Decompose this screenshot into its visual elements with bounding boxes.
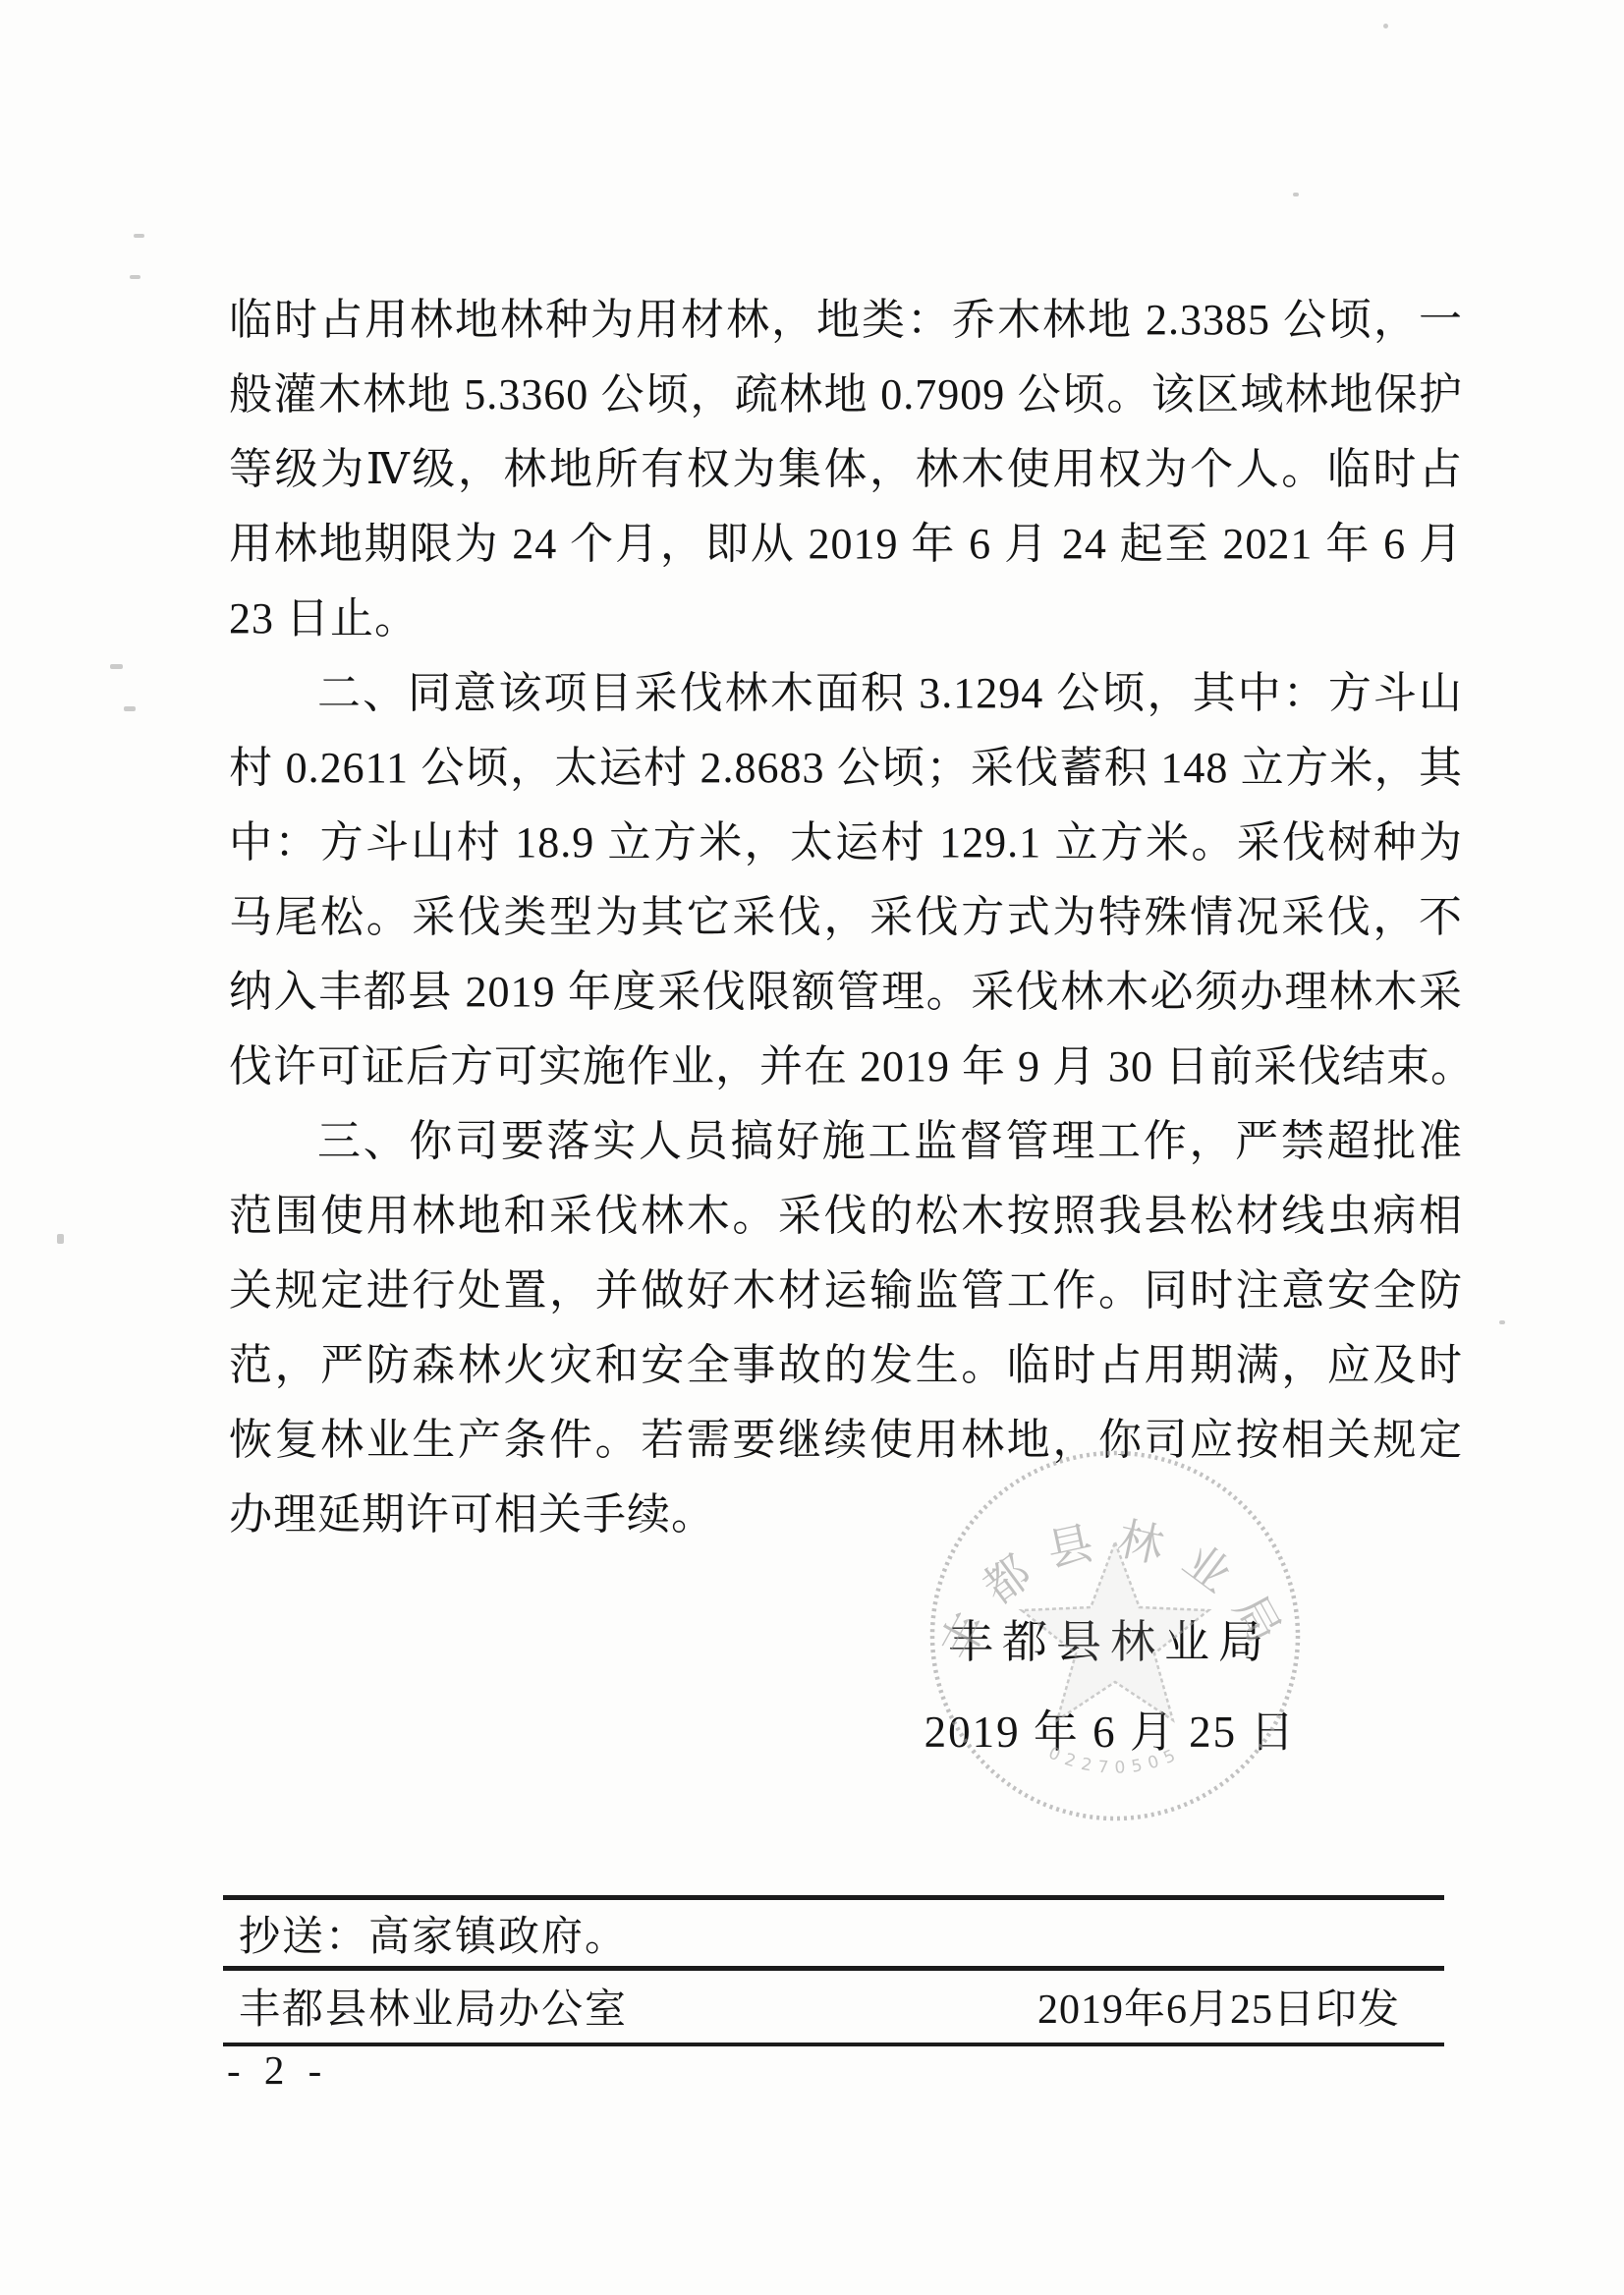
- text-line: 二、同意该项目采伐林木面积 3.1294 公顷，其中：方斗山: [229, 656, 1463, 731]
- text-line: 范，严防森林火灾和安全事故的发生。临时占用期满，应及时: [229, 1328, 1463, 1403]
- noise-speck: [1293, 193, 1299, 196]
- text-line: 伐许可证后方可实施作业，并在 2019 年 9 月 30 日前采伐结束。: [229, 1030, 1463, 1104]
- text-line: 村 0.2611 公顷，太运村 2.8683 公顷；采伐蓄积 148 立方米，其: [229, 731, 1463, 806]
- page-number: - 2 -: [227, 2047, 328, 2093]
- scanned-document-page: 临时占用林地林种为用材林，地类：乔木林地 2.3385 公顷，一 般灌木林地 5…: [0, 0, 1624, 2295]
- noise-speck: [124, 706, 136, 711]
- text-line: 般灌木林地 5.3360 公顷，疏林地 0.7909 公顷。该区域林地保护: [229, 358, 1463, 432]
- signature-date: 2019 年 6 月 25 日: [865, 1703, 1356, 1762]
- footer-rule-middle: [223, 1966, 1444, 1971]
- text-line: 三、你司要落实人员搞好施工监督管理工作，严禁超批准: [229, 1104, 1463, 1179]
- noise-speck: [130, 275, 140, 279]
- noise-speck: [110, 664, 123, 669]
- text-line: 办理延期许可相关手续。: [229, 1478, 1463, 1552]
- footer-rule-top: [223, 1895, 1444, 1900]
- noise-speck: [134, 234, 144, 238]
- text-line: 等级为Ⅳ级，林地所有权为集体，林木使用权为个人。临时占: [229, 432, 1463, 507]
- cc-line: 抄送：高家镇政府。: [239, 1910, 628, 1965]
- text-line: 中：方斗山村 18.9 立方米，太运村 129.1 立方米。采伐树种为: [229, 806, 1463, 880]
- noise-speck: [57, 1234, 64, 1244]
- print-date: 2019年6月25日印发: [226, 1983, 1444, 2038]
- document-body: 临时占用林地林种为用材林，地类：乔木林地 2.3385 公顷，一 般灌木林地 5…: [229, 283, 1463, 1552]
- signature-org: 丰都县林业局: [884, 1613, 1336, 1672]
- text-line: 用林地期限为 24 个月，即从 2019 年 6 月 24 起至 2021 年 …: [229, 507, 1463, 582]
- footer-rule-bottom: [223, 2043, 1444, 2046]
- text-line: 恢复林业生产条件。若需要继续使用林地，你司应按相关规定: [229, 1403, 1463, 1478]
- text-line: 范围使用林地和采伐林木。采伐的松木按照我县松材线虫病相: [229, 1179, 1463, 1254]
- text-line: 关规定进行处置，并做好木材运输监管工作。同时注意安全防: [229, 1254, 1463, 1328]
- text-line: 23 日止。: [229, 582, 1463, 656]
- noise-speck: [1383, 24, 1388, 28]
- text-line: 纳入丰都县 2019 年度采伐限额管理。采伐林木必须办理林木采: [229, 955, 1463, 1030]
- text-line: 马尾松。采伐类型为其它采伐，采伐方式为特殊情况采伐，不: [229, 880, 1463, 955]
- noise-speck: [1499, 1320, 1505, 1324]
- text-line: 临时占用林地林种为用材林，地类：乔木林地 2.3385 公顷，一: [229, 283, 1463, 358]
